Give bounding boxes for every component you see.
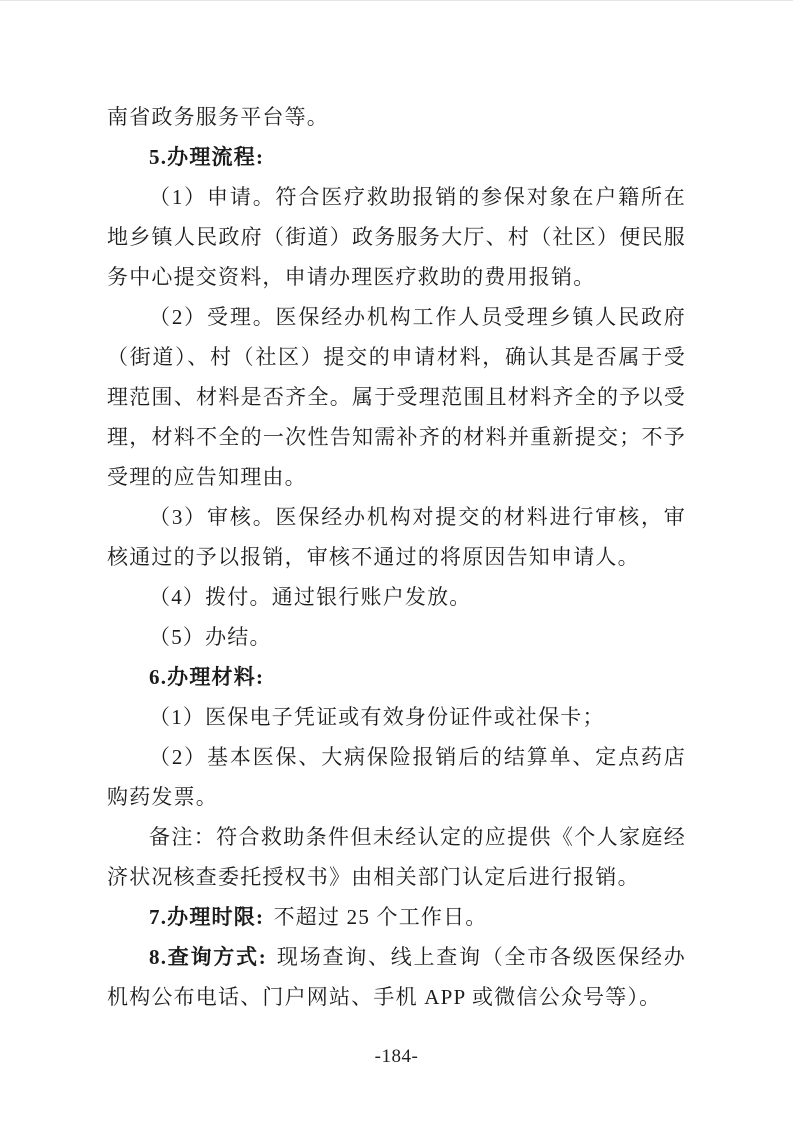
time-limit-text: 不超过 25 个工作日。 [274, 905, 488, 929]
time-limit-line: 7.办理时限:不超过 25 个工作日。 [107, 897, 686, 937]
material-item-2: （2）基本医保、大病保险报销后的结算单、定点药店购药发票。 [107, 737, 686, 817]
page-number: -184- [375, 1046, 419, 1067]
time-limit-label: 7.办理时限: [149, 905, 264, 929]
flow-step-review: （3）审核。医保经办机构对提交的材料进行审核，审核通过的予以报销，审核不通过的将… [107, 497, 686, 577]
page-footer: -184- [0, 1046, 793, 1068]
heading-processing-flow: 5.办理流程: [107, 137, 686, 177]
flow-step-completion: （5）办结。 [107, 617, 686, 657]
heading-materials: 6.办理材料: [107, 657, 686, 697]
materials-note: 备注：符合救助条件但未经认定的应提供《个人家庭经济状况核查委托授权书》由相关部门… [107, 817, 686, 897]
intro-continuation-line: 南省政务服务平台等。 [107, 97, 686, 137]
query-method-label: 8.查询方式: [149, 945, 267, 969]
document-body: 南省政务服务平台等。 5.办理流程: （1）申请。符合医疗救助报销的参保对象在户… [107, 97, 686, 1017]
flow-step-payment: （4）拨付。通过银行账户发放。 [107, 577, 686, 617]
material-item-1: （1）医保电子凭证或有效身份证件或社保卡； [107, 697, 686, 737]
query-method-line: 8.查询方式:现场查询、线上查询（全市各级医保经办机构公布电话、门户网站、手机 … [107, 937, 686, 1017]
flow-step-application: （1）申请。符合医疗救助报销的参保对象在户籍所在地乡镇人民政府（街道）政务服务大… [107, 177, 686, 297]
document-page: 南省政务服务平台等。 5.办理流程: （1）申请。符合医疗救助报销的参保对象在户… [0, 0, 793, 1122]
flow-step-acceptance: （2）受理。医保经办机构工作人员受理乡镇人民政府（街道）、村（社区）提交的申请材… [107, 297, 686, 497]
